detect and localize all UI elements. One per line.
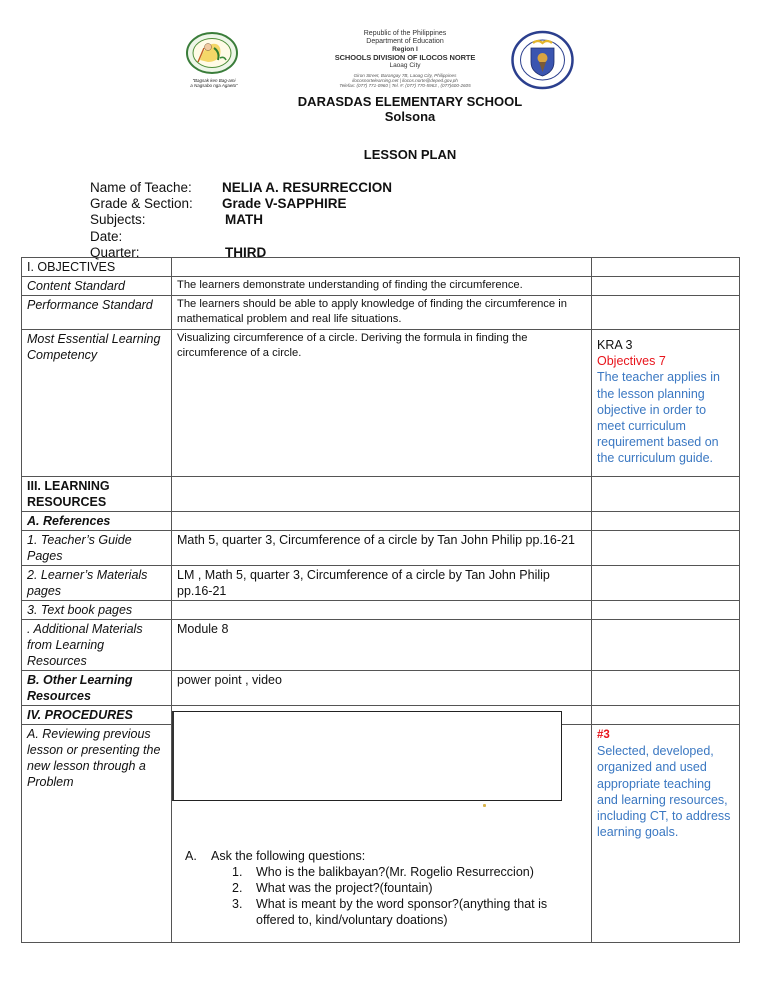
teachers-guide-value: Math 5, quarter 3, Circumference of a ci… (172, 531, 592, 566)
school-town: Solsona (200, 109, 620, 125)
list-item: 2. What was the project?(fountain) (232, 880, 586, 896)
teacher-name-value: NELIA A. RESURRECCION (222, 180, 392, 196)
table-row: A. References (22, 512, 740, 531)
deped-seal-icon (511, 30, 574, 90)
questions-block: A. Ask the following questions: 1. Who i… (177, 846, 586, 928)
table-row: 3. Text book pages (22, 601, 740, 620)
table-row: I. OBJECTIVES (22, 258, 740, 277)
list-item: 1. Who is the balikbayan?(Mr. Rogelio Re… (232, 864, 586, 880)
additional-materials-label: . Additional Materials from Learning Res… (22, 620, 172, 671)
content-standard-note (592, 277, 740, 296)
table-row: 1. Teacher’s Guide Pages Math 5, quarter… (22, 531, 740, 566)
table-row: Performance Standard The learners should… (22, 296, 740, 330)
question-text: What is meant by the word sponsor?(anyth… (256, 896, 586, 928)
subject-value: MATH (225, 212, 263, 228)
questions-intro: A. Ask the following questions: (185, 848, 586, 864)
objectives-heading: I. OBJECTIVES (22, 258, 172, 277)
indicator-description: Selected, developed, organized and used … (597, 743, 734, 840)
other-resources-note (592, 671, 740, 706)
indicator-number: #3 (597, 727, 734, 743)
teacher-name-label: Name of Teache: (90, 180, 192, 196)
kra-label: KRA 3 (597, 337, 734, 353)
subject-label: Subjects: (90, 212, 146, 228)
objectives-value (172, 258, 592, 277)
learning-resources-value (172, 477, 592, 512)
learning-resources-note (592, 477, 740, 512)
table-row: 2. Learner’s Materials pages LM , Math 5… (22, 566, 740, 601)
embedded-image-placeholder (172, 711, 562, 801)
question-text: Who is the balikbayan?(Mr. Rogelio Resur… (256, 864, 586, 880)
reviewing-note: #3 Selected, developed, organized and us… (592, 725, 740, 943)
lesson-plan-table: I. OBJECTIVES Content Standard The learn… (21, 257, 740, 943)
additional-materials-note (592, 620, 740, 671)
learners-materials-label: 2. Learner’s Materials pages (22, 566, 172, 601)
questions-intro-text: Ask the following questions: (211, 848, 365, 864)
learning-resources-heading: III. LEARNING RESOURCES (22, 477, 172, 512)
additional-materials-value: Module 8 (172, 620, 592, 671)
content-standard-value: The learners demonstrate understanding o… (172, 277, 592, 296)
textbook-pages-note (592, 601, 740, 620)
decorative-mark (483, 804, 486, 807)
date-label: Date: (90, 229, 122, 245)
melc-note: KRA 3 Objectives 7 The teacher applies i… (592, 330, 740, 477)
seal-motto: "Bagsak ken Bag-ami a Nagsabo nga Agaeto… (172, 78, 256, 88)
grade-section-value: Grade V-SAPPHIRE (222, 196, 347, 212)
objective-description: The teacher applies in the lesson planni… (597, 369, 734, 466)
other-resources-value: power point , video (172, 671, 592, 706)
procedures-note (592, 706, 740, 725)
performance-standard-label: Performance Standard (22, 296, 172, 330)
letterhead: "Bagsak ken Bag-ami a Nagsabo nga Agaeto… (0, 30, 768, 90)
teachers-guide-note (592, 531, 740, 566)
document-title: LESSON PLAN (200, 147, 620, 162)
teachers-guide-label: 1. Teacher’s Guide Pages (22, 531, 172, 566)
table-row: . Additional Materials from Learning Res… (22, 620, 740, 671)
other-resources-label: B. Other Learning Resources (22, 671, 172, 706)
objective-label: Objectives 7 (597, 353, 734, 369)
objectives-note (592, 258, 740, 277)
grade-section-label: Grade & Section: (90, 196, 193, 212)
questions-list: 1. Who is the balikbayan?(Mr. Rogelio Re… (185, 864, 586, 928)
question-number: 3. (232, 896, 256, 928)
question-text: What was the project?(fountain) (256, 880, 586, 896)
letterhead-text: Republic of the Philippines Department o… (290, 30, 520, 89)
procedures-heading: IV. PROCEDURES (22, 706, 172, 725)
references-heading: A. References (22, 512, 172, 531)
department-line: Department of Education (290, 38, 520, 46)
textbook-pages-label: 3. Text book pages (22, 601, 172, 620)
question-number: 2. (232, 880, 256, 896)
performance-standard-value: The learners should be able to apply kno… (172, 296, 592, 330)
table-row: Content Standard The learners demonstrat… (22, 277, 740, 296)
content-standard-label: Content Standard (22, 277, 172, 296)
textbook-pages-value (172, 601, 592, 620)
learners-materials-note (592, 566, 740, 601)
division-line: SCHOOLS DIVISION OF ILOCOS NORTE (290, 54, 520, 62)
performance-standard-note (592, 296, 740, 330)
melc-label: Most Essential Learning Competency (22, 330, 172, 477)
list-item: 3. What is meant by the word sponsor?(an… (232, 896, 586, 928)
reviewing-label: A. Reviewing previous lesson or presenti… (22, 725, 172, 943)
references-value (172, 512, 592, 531)
school-name: DARASDAS ELEMENTARY SCHOOL (200, 94, 620, 110)
table-row: Most Essential Learning Competency Visua… (22, 330, 740, 477)
table-row: III. LEARNING RESOURCES (22, 477, 740, 512)
deped-division-seal-icon (186, 32, 238, 74)
melc-value: Visualizing circumference of a circle. D… (172, 330, 592, 477)
references-note (592, 512, 740, 531)
questions-intro-letter: A. (185, 848, 211, 864)
address-line-3: Telefax: (077) 771-0960 | Tel. #: (077) … (290, 83, 520, 88)
republic-line: Republic of the Philippines (290, 30, 520, 38)
city-line: Laoag City (290, 62, 520, 70)
question-number: 1. (232, 864, 256, 880)
table-row: B. Other Learning Resources power point … (22, 671, 740, 706)
learners-materials-value: LM , Math 5, quarter 3, Circumference of… (172, 566, 592, 601)
